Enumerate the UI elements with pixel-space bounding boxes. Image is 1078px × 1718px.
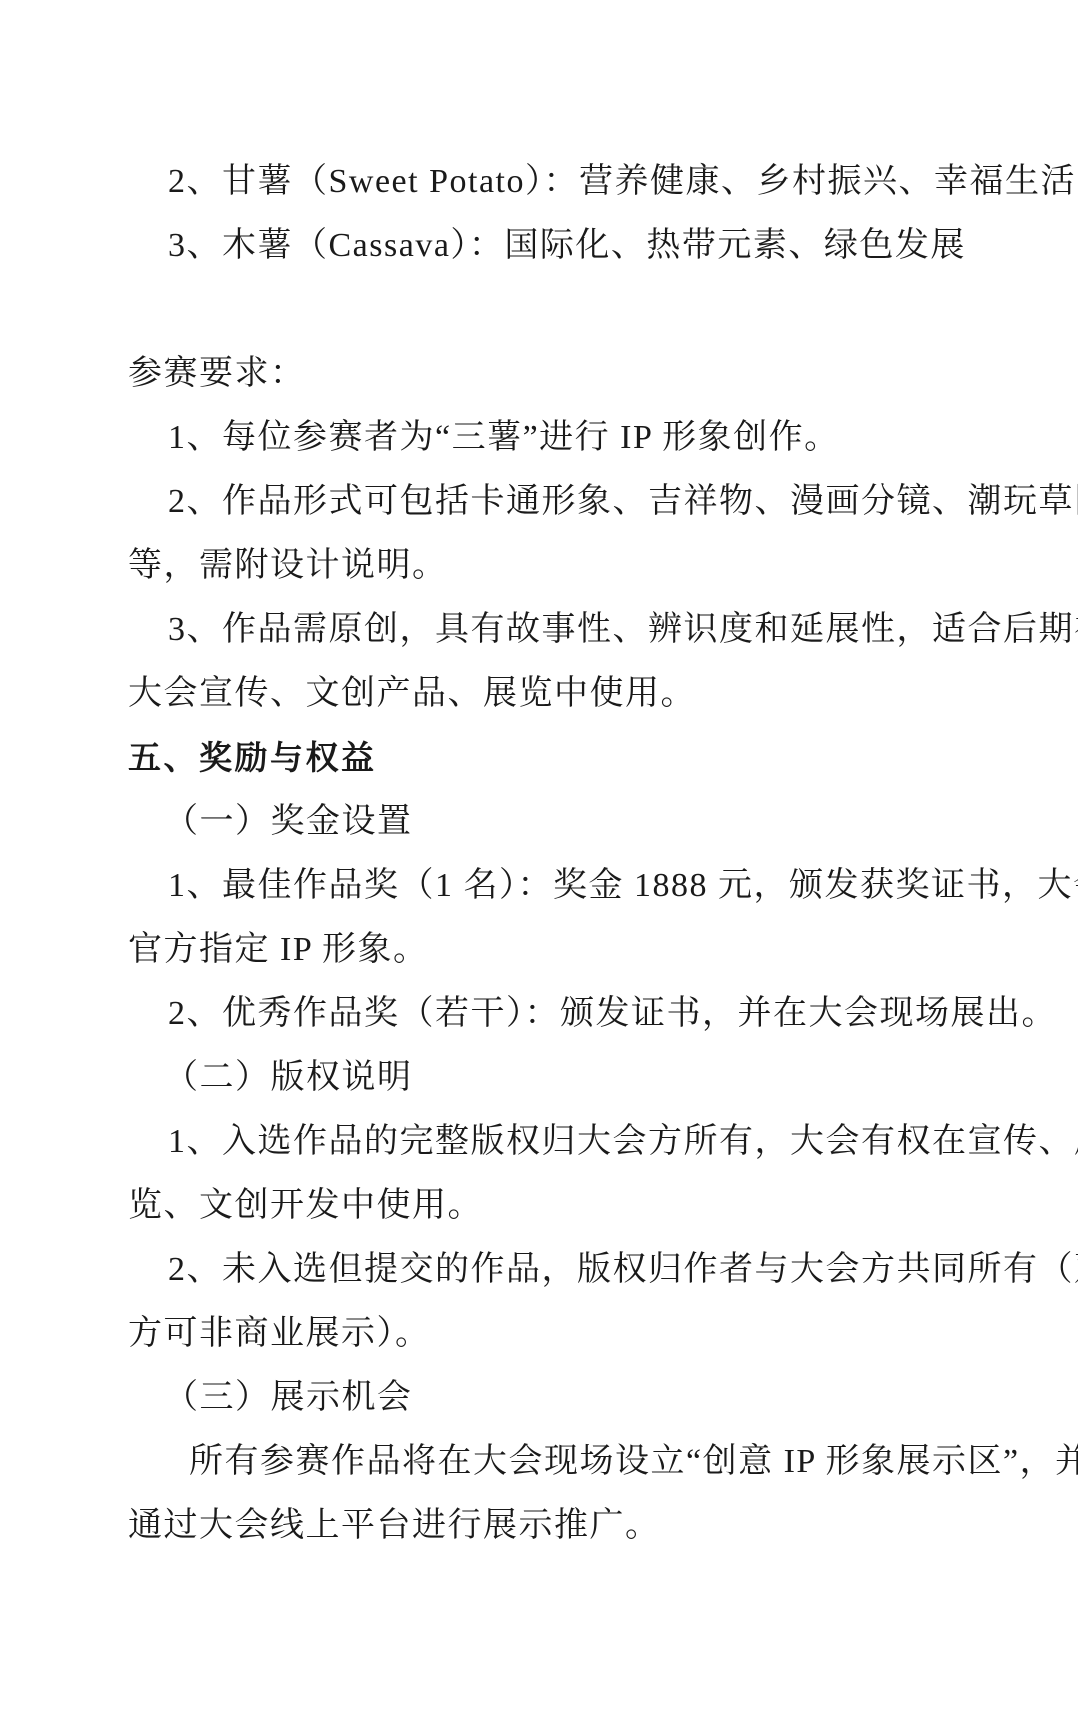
text-line: 所有参赛作品将在大会现场设立“创意 IP 形象展示区”，并 <box>128 1430 978 1494</box>
paragraph <box>128 278 978 342</box>
text-line: 1、最佳作品奖（1 名）：奖金 1888 元，颁发获奖证书，大会 <box>128 854 978 918</box>
text-line: 五、奖励与权益 <box>128 726 978 790</box>
text-line: （三）展示机会 <box>128 1366 978 1430</box>
paragraph: 2、作品形式可包括卡通形象、吉祥物、漫画分镜、潮玩草图等，需附设计说明。 <box>128 470 978 598</box>
text-line: 3、作品需原创，具有故事性、辨识度和延展性，适合后期在 <box>128 598 978 662</box>
text-line: 2、作品形式可包括卡通形象、吉祥物、漫画分镜、潮玩草图 <box>128 470 978 534</box>
text-line: 大会宣传、文创产品、展览中使用。 <box>128 662 978 726</box>
section-heading: 五、奖励与权益 <box>128 726 978 790</box>
text-line: 2、优秀作品奖（若干）：颁发证书，并在大会现场展出。 <box>128 982 978 1046</box>
blank-line <box>128 278 978 342</box>
text-line: 方可非商业展示）。 <box>128 1302 978 1366</box>
paragraph: 1、最佳作品奖（1 名）：奖金 1888 元，颁发获奖证书，大会官方指定 IP … <box>128 854 978 982</box>
paragraph: （二）版权说明 <box>128 1046 978 1110</box>
document-body: 2、甘薯（Sweet Potato）：营养健康、乡村振兴、幸福生活3、木薯（Ca… <box>128 150 978 1558</box>
paragraph: （一）奖金设置 <box>128 790 978 854</box>
text-line: 参赛要求： <box>128 342 978 406</box>
paragraph: 所有参赛作品将在大会现场设立“创意 IP 形象展示区”，并通过大会线上平台进行展… <box>128 1430 978 1558</box>
text-line: 2、未入选但提交的作品，版权归作者与大会方共同所有（双 <box>128 1238 978 1302</box>
text-line: （一）奖金设置 <box>128 790 978 854</box>
document-page: 2、甘薯（Sweet Potato）：营养健康、乡村振兴、幸福生活3、木薯（Ca… <box>0 0 1078 1718</box>
paragraph: 2、未入选但提交的作品，版权归作者与大会方共同所有（双方可非商业展示）。 <box>128 1238 978 1366</box>
text-line: 官方指定 IP 形象。 <box>128 918 978 982</box>
paragraph: （三）展示机会 <box>128 1366 978 1430</box>
paragraph: 1、入选作品的完整版权归大会方所有，大会有权在宣传、展览、文创开发中使用。 <box>128 1110 978 1238</box>
paragraph: 1、每位参赛者为“三薯”进行 IP 形象创作。 <box>128 406 978 470</box>
paragraph: 3、作品需原创，具有故事性、辨识度和延展性，适合后期在大会宣传、文创产品、展览中… <box>128 598 978 726</box>
text-line: 览、文创开发中使用。 <box>128 1174 978 1238</box>
text-line: 2、甘薯（Sweet Potato）：营养健康、乡村振兴、幸福生活 <box>128 150 978 214</box>
text-line: 1、每位参赛者为“三薯”进行 IP 形象创作。 <box>128 406 978 470</box>
text-line: （二）版权说明 <box>128 1046 978 1110</box>
paragraph: 3、木薯（Cassava）：国际化、热带元素、绿色发展 <box>128 214 978 278</box>
paragraph: 参赛要求： <box>128 342 978 406</box>
text-line: 等，需附设计说明。 <box>128 534 978 598</box>
paragraph: 2、优秀作品奖（若干）：颁发证书，并在大会现场展出。 <box>128 982 978 1046</box>
text-line: 1、入选作品的完整版权归大会方所有，大会有权在宣传、展 <box>128 1110 978 1174</box>
text-line: 通过大会线上平台进行展示推广。 <box>128 1494 978 1558</box>
paragraph: 2、甘薯（Sweet Potato）：营养健康、乡村振兴、幸福生活 <box>128 150 978 214</box>
text-line: 3、木薯（Cassava）：国际化、热带元素、绿色发展 <box>128 214 978 278</box>
